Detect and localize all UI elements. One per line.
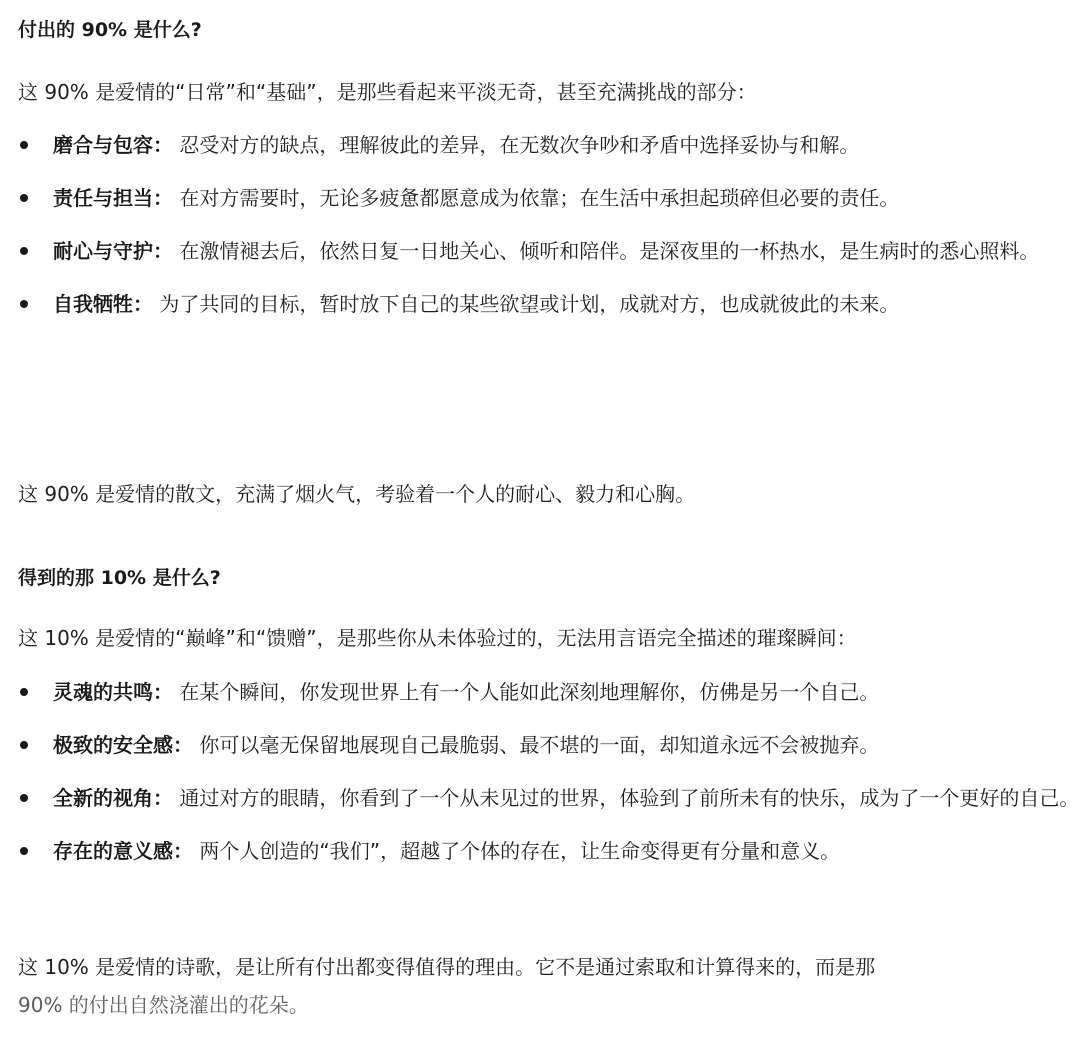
conclusion-streaming-text: 90% 的付出自然浇灌出的花朵。 xyxy=(18,993,309,1017)
section-heading-90: 付出的 90% 是什么? xyxy=(18,16,202,44)
bullet-icon xyxy=(20,300,28,308)
list-item-term: 存在的意义感： xyxy=(53,839,193,863)
bullet-icon xyxy=(20,847,28,855)
list-item-text: 在某个瞬间，你发现世界上有一个人能如此深刻地理解你，仿佛是另一个自己。 xyxy=(173,680,879,704)
section-conclusion-10: 这 10% 是爱情的诗歌，是让所有付出都变得值得的理由。它不是通过索取和计算得来… xyxy=(18,948,1068,1024)
bullet-icon xyxy=(20,794,28,802)
bullet-icon xyxy=(20,247,28,255)
bullet-icon xyxy=(20,741,28,749)
list-item-term: 耐心与守护： xyxy=(53,239,173,263)
section-heading-10: 得到的那 10% 是什么? xyxy=(18,564,221,592)
list-item: 存在的意义感： 两个人创造的“我们”，超越了个体的存在，让生命变得更有分量和意义… xyxy=(0,832,1086,870)
list-item-term: 极致的安全感： xyxy=(53,733,193,757)
list-item: 耐心与守护： 在激情褪去后，依然日复一日地关心、倾听和陪伴。是深夜里的一杯热水，… xyxy=(0,232,1086,270)
list-item: 自我牺牲： 为了共同的目标，暂时放下自己的某些欲望或计划，成就对方，也成就彼此的… xyxy=(0,285,1086,323)
list-item: 极致的安全感： 你可以毫无保留地展现自己最脆弱、最不堪的一面，却知道永远不会被抛… xyxy=(0,726,1086,764)
section-conclusion-90: 这 90% 是爱情的散文，充满了烟火气，考验着一个人的耐心、毅力和心胸。 xyxy=(18,475,695,513)
list-90: 磨合与包容： 忍受对方的缺点，理解彼此的差异，在无数次争吵和矛盾中选择妥协与和解… xyxy=(0,126,1086,338)
conclusion-main-text: 这 10% 是爱情的诗歌，是让所有付出都变得值得的理由。它不是通过索取和计算得来… xyxy=(18,955,875,979)
list-10: 灵魂的共鸣： 在某个瞬间，你发现世界上有一个人能如此深刻地理解你，仿佛是另一个自… xyxy=(0,673,1086,885)
list-item-term: 灵魂的共鸣： xyxy=(53,680,173,704)
list-item-text: 为了共同的目标，暂时放下自己的某些欲望或计划，成就对方，也成就彼此的未来。 xyxy=(153,292,899,316)
list-item: 磨合与包容： 忍受对方的缺点，理解彼此的差异，在无数次争吵和矛盾中选择妥协与和解… xyxy=(0,126,1086,164)
list-item: 全新的视角： 通过对方的眼睛，你看到了一个从未见过的世界，体验到了前所未有的快乐… xyxy=(0,779,1086,817)
list-item-term: 磨合与包容： xyxy=(53,133,173,157)
list-item-term: 责任与担当： xyxy=(53,186,173,210)
list-item-text: 忍受对方的缺点，理解彼此的差异，在无数次争吵和矛盾中选择妥协与和解。 xyxy=(173,133,859,157)
list-item-text: 通过对方的眼睛，你看到了一个从未见过的世界，体验到了前所未有的快乐，成为了一个更… xyxy=(173,786,1079,810)
section-intro-10: 这 10% 是爱情的“巅峰”和“馈赠”，是那些你从未体验过的，无法用言语完全描述… xyxy=(18,619,857,657)
section-intro-90: 这 90% 是爱情的“日常”和“基础”，是那些看起来平淡无奇，甚至充满挑战的部分… xyxy=(18,73,757,111)
list-item-text: 在激情褪去后，依然日复一日地关心、倾听和陪伴。是深夜里的一杯热水，是生病时的悉心… xyxy=(173,239,1039,263)
bullet-icon xyxy=(20,141,28,149)
list-item-text: 在对方需要时，无论多疲惫都愿意成为依靠；在生活中承担起琐碎但必要的责任。 xyxy=(173,186,899,210)
list-item-term: 全新的视角： xyxy=(53,786,173,810)
bullet-icon xyxy=(20,688,28,696)
list-item: 灵魂的共鸣： 在某个瞬间，你发现世界上有一个人能如此深刻地理解你，仿佛是另一个自… xyxy=(0,673,1086,711)
list-item-term: 自我牺牲： xyxy=(53,292,153,316)
list-item-text: 两个人创造的“我们”，超越了个体的存在，让生命变得更有分量和意义。 xyxy=(193,839,840,863)
list-item-text: 你可以毫无保留地展现自己最脆弱、最不堪的一面，却知道永远不会被抛弃。 xyxy=(193,733,879,757)
bullet-icon xyxy=(20,194,28,202)
list-item: 责任与担当： 在对方需要时，无论多疲惫都愿意成为依靠；在生活中承担起琐碎但必要的… xyxy=(0,179,1086,217)
